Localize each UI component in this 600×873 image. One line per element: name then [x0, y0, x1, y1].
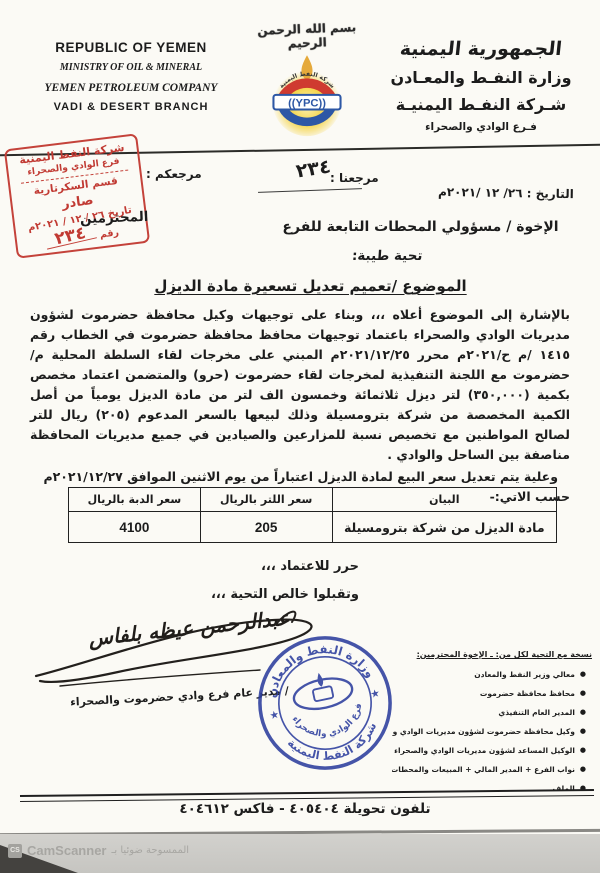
blue-round-stamp: وزارة النفط والمعادن شركة النفط اليمنية …: [241, 619, 409, 787]
cell-liter-price: 205: [200, 512, 332, 543]
company-name-en: YEMEN PETROLEUM COMPANY: [22, 82, 240, 94]
cell-description: مادة الديزل من شركة بترومسيلة: [332, 512, 556, 543]
distribution-item: ●معالي وزير النفط والمعادن: [392, 665, 586, 684]
price-table: البيان سعر اللتر بالريال سعر الدبة بالري…: [68, 487, 557, 543]
country-name: REPUBLIC OF YEMEN: [22, 40, 240, 55]
col-header-description: البيان: [332, 488, 556, 512]
price-table-header-row: البيان سعر اللتر بالريال سعر الدبة بالري…: [69, 488, 557, 512]
company-name-ar: شـركة النفـط اليمنيـة: [372, 95, 590, 114]
distribution-list: نسخة مع التحية لكل من: ـ الإخوة المحترمي…: [392, 650, 592, 798]
blue-stamp-top-text: وزارة النفط والمعادن: [256, 631, 379, 702]
camscanner-icon: CS: [8, 844, 22, 858]
addressee-line: الإخوة / مسؤولي المحطات التابعة للفرع: [268, 219, 573, 235]
letter-body: بالإشارة إلى الموضوع أعلاه ،،، وبناء على…: [30, 305, 570, 507]
bullet-icon: ●: [580, 746, 586, 754]
greeting-line: تحية طيبة:: [351, 248, 423, 264]
cell-jerrycan-price: 4100: [69, 512, 201, 543]
col-header-liter-price: سعر اللتر بالريال: [200, 488, 332, 512]
branch-name-ar: فـرع الوادي والصحراء: [372, 121, 590, 133]
logo-ypc-text: ((YPC)): [288, 97, 326, 109]
body-paragraph-1: بالإشارة إلى الموضوع أعلاه ،،، وبناء على…: [30, 305, 570, 465]
bullet-icon: ●: [580, 708, 586, 716]
our-reference-label: مرجعنا :: [330, 171, 379, 185]
bullet-icon: ●: [580, 689, 586, 697]
distribution-item: ●الوكيل المساعد لشؤون مديريات الوادي وال…: [392, 741, 586, 760]
branch-name-en: VADI & DESERT BRANCH: [22, 101, 240, 113]
ministry-name-en: MINISTRY OF OIL & MINERAL: [22, 62, 240, 73]
camscanner-watermark: CS CamScanner الممسوحة ضوئيا بـ: [8, 843, 189, 858]
distribution-item: ●نواب الفرع + المدير المالي + المبيعات و…: [392, 760, 586, 779]
letterhead-arabic: الجمهورية اليمنية وزارة النفـط والمعـادن…: [372, 38, 590, 133]
addressee-honorific: المحترمين: [80, 209, 149, 227]
camscanner-brand: CamScanner: [27, 843, 106, 858]
our-reference-value-handwritten: ٢٣٤: [294, 155, 332, 182]
body-paragraph-2: وعلية يتم تعديل سعر البيع لمادة الديزل ا…: [30, 467, 570, 487]
distribution-item: ●وكيل محافظة حضرموت لشؤون مديريات الوادي…: [392, 722, 586, 741]
distribution-item: ●محافظ محافظة حضرموت: [392, 684, 586, 703]
our-reference-line: [258, 188, 362, 193]
country-name-ar: الجمهورية اليمنية: [371, 38, 591, 60]
letter-date: التاريخ : ٢٦/ ١٢ /٢٠٢١م: [438, 185, 574, 201]
bismillah-calligraphy: بسم الله الرحمن الرحيم: [250, 20, 365, 52]
ypc-logo-icon: شركة النفط اليمنية ((YPC)): [264, 50, 350, 138]
price-table-row: مادة الديزل من شركة بترومسيلة 205 4100: [69, 512, 557, 543]
scanned-letter: REPUBLIC OF YEMEN MINISTRY OF OIL & MINE…: [0, 0, 600, 873]
col-header-jerrycan-price: سعر الدبة بالريال: [69, 488, 201, 512]
letterhead-english: REPUBLIC OF YEMEN MINISTRY OF OIL & MINE…: [22, 40, 240, 113]
blue-stamp-star-right: ★: [369, 686, 381, 701]
red-outgoing-stamp: شركة النفط اليمنية فرع الوادي والصحراء ق…: [4, 133, 150, 259]
distribution-item: ●المدير العام التنفيذي: [392, 703, 586, 722]
svg-text:وزارة النفط والمعادن: وزارة النفط والمعادن: [256, 631, 379, 702]
distribution-header: نسخة مع التحية لكل من: ـ الإخوة المحترمي…: [392, 650, 592, 659]
letterhead-logo: بسم الله الرحمن الرحيم شركة النفط اليمني…: [250, 22, 364, 142]
ministry-name-ar: وزارة النفـط والمعـادن: [372, 68, 590, 87]
your-reference-label: مرجعكم :: [146, 167, 202, 181]
camscanner-arabic-text: الممسوحة ضوئيا بـ: [111, 845, 189, 856]
bullet-icon: ●: [580, 765, 586, 773]
bullet-icon: ●: [580, 727, 586, 735]
closing-drafted: حرر للاعتماد ،،،: [150, 559, 470, 574]
bullet-icon: ●: [580, 670, 586, 678]
footer-phone: تلفون تحويلة ٤٠٥٤٠٤ - فاكس ٤٠٤٦١٢: [135, 801, 475, 817]
subject-line: الموضوع /تعميم تعديل تسعيرة مادة الديزل: [148, 277, 473, 295]
